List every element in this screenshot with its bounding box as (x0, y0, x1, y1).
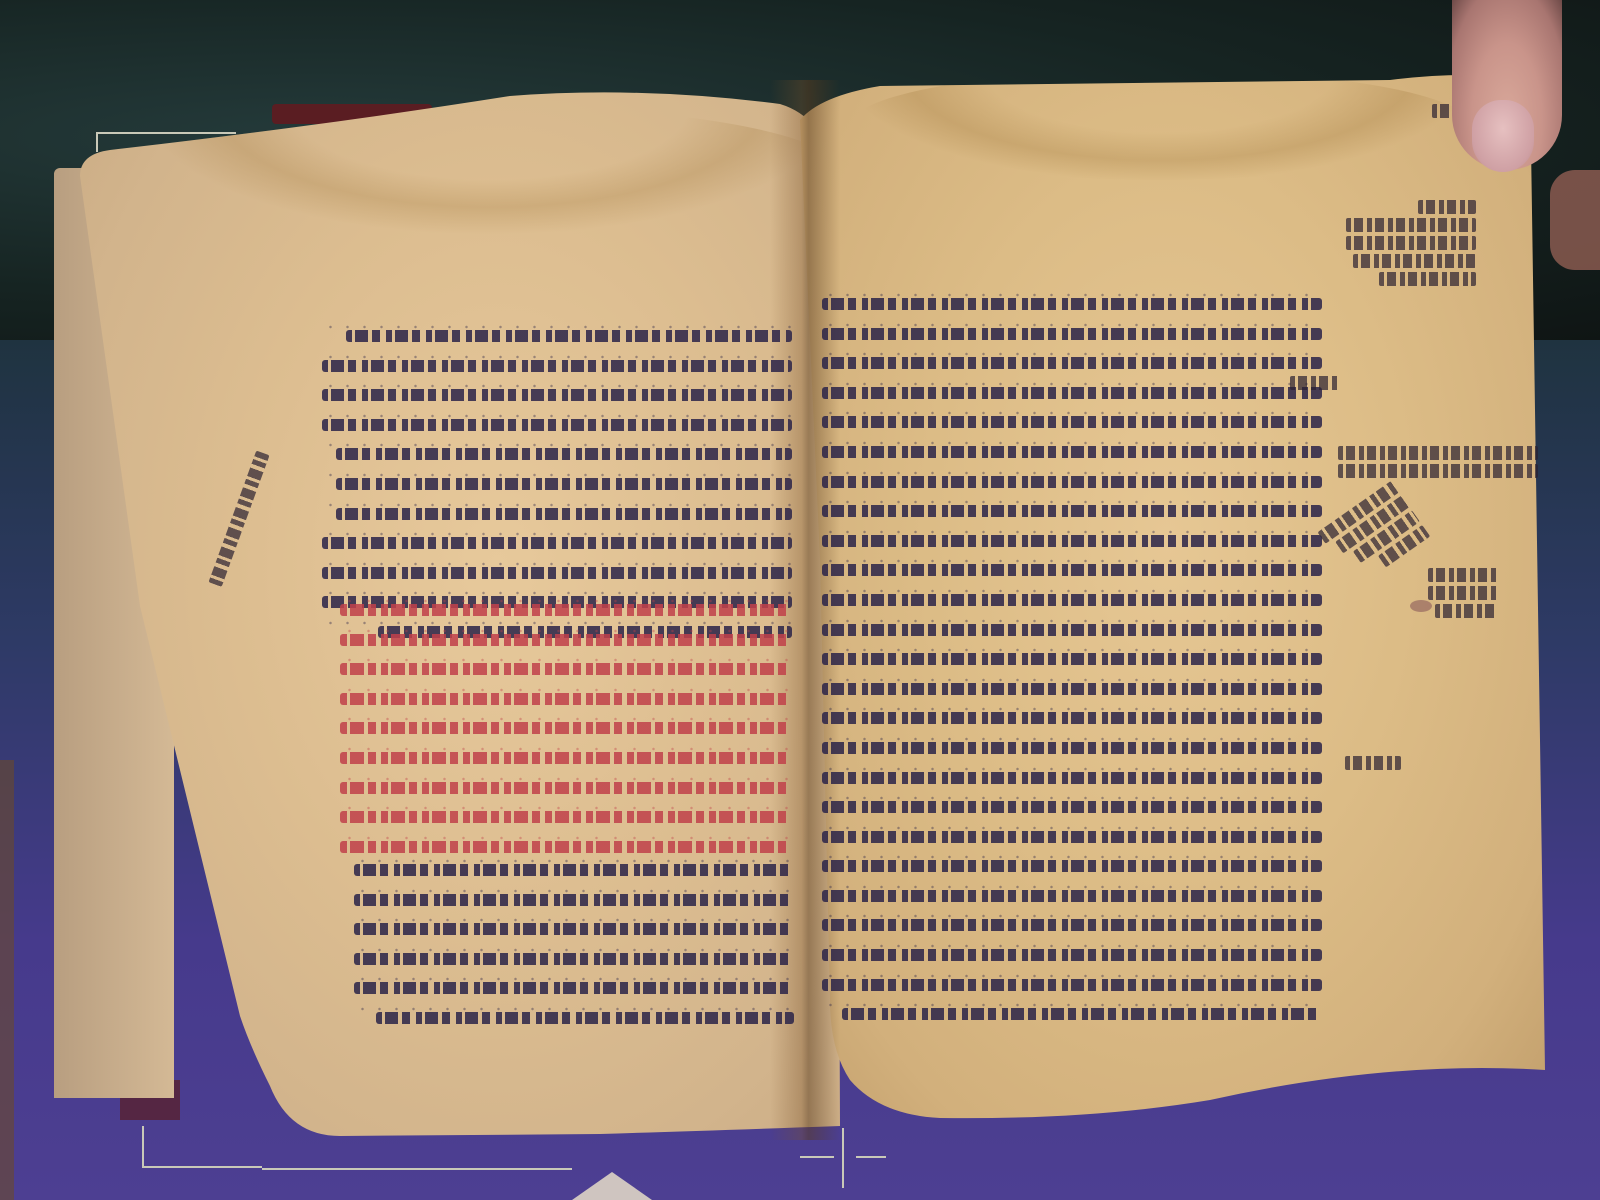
text-line-red (340, 833, 790, 859)
right-page-text (822, 290, 1322, 1030)
text-line (822, 586, 1322, 612)
text-line (354, 945, 794, 971)
text-line-red (340, 685, 790, 711)
text-line (822, 675, 1322, 701)
text-line (822, 349, 1322, 375)
text-line (322, 352, 792, 378)
text-line (322, 470, 792, 496)
text-line (822, 971, 1322, 997)
text-line (822, 497, 1322, 523)
text-line (822, 438, 1322, 464)
text-line (354, 886, 794, 912)
text-line (822, 468, 1322, 494)
text-line (822, 823, 1322, 849)
frame-line-bottom-mid (262, 1168, 572, 1170)
text-line (822, 408, 1322, 434)
text-line (822, 290, 1322, 316)
text-line-red (340, 596, 790, 622)
frame-triangle (572, 1172, 652, 1200)
text-line (322, 559, 792, 585)
text-line (354, 856, 794, 882)
text-line (822, 941, 1322, 967)
text-line-red (340, 626, 790, 652)
text-line (822, 764, 1322, 790)
text-line (822, 852, 1322, 878)
text-line (822, 882, 1322, 908)
photo-scene: Photograph of an open Arabic manuscript … (0, 0, 1600, 1200)
text-line-red (340, 803, 790, 829)
frame-line-bottom-right (856, 1156, 886, 1158)
frame-line-left (96, 132, 98, 152)
text-line (822, 556, 1322, 582)
text-line (822, 734, 1322, 760)
text-line (322, 322, 792, 348)
text-line (322, 529, 792, 555)
text-line (822, 704, 1322, 730)
frame-line-bottom-center (842, 1128, 844, 1188)
marginal-note-middle (1338, 446, 1538, 482)
text-line (354, 974, 794, 1000)
frame-line-bottom-center-l (800, 1156, 834, 1158)
text-line-red (340, 655, 790, 681)
text-line (322, 381, 792, 407)
text-line (822, 911, 1322, 937)
text-line (822, 645, 1322, 671)
text-line (322, 411, 792, 437)
frame-line-top-left (96, 132, 236, 134)
text-line (822, 793, 1322, 819)
left-page-rubric-red (340, 596, 790, 862)
marginal-note-kalam (1290, 376, 1340, 394)
marginal-note-lower (1428, 568, 1498, 622)
text-line-red (340, 774, 790, 800)
text-line (822, 616, 1322, 642)
text-line (322, 440, 792, 466)
marginal-note-top-right (1346, 200, 1476, 290)
thumbnail (1472, 100, 1534, 172)
text-line (822, 527, 1322, 553)
text-line-red (340, 714, 790, 740)
left-page-text-bottom (354, 856, 794, 1034)
text-line (822, 1000, 1322, 1026)
text-line (354, 915, 794, 941)
text-line (354, 1004, 794, 1030)
text-line (822, 379, 1322, 405)
marginal-note-short (1345, 756, 1401, 774)
frame-line-bottom-left (142, 1166, 262, 1168)
text-line (822, 320, 1322, 346)
finger (1550, 170, 1600, 270)
water-stain (850, 70, 1470, 180)
table-edge (0, 760, 14, 1200)
folio-number (1432, 104, 1452, 122)
text-line-red (340, 744, 790, 770)
frame-line-bottom-left-v (142, 1126, 144, 1168)
